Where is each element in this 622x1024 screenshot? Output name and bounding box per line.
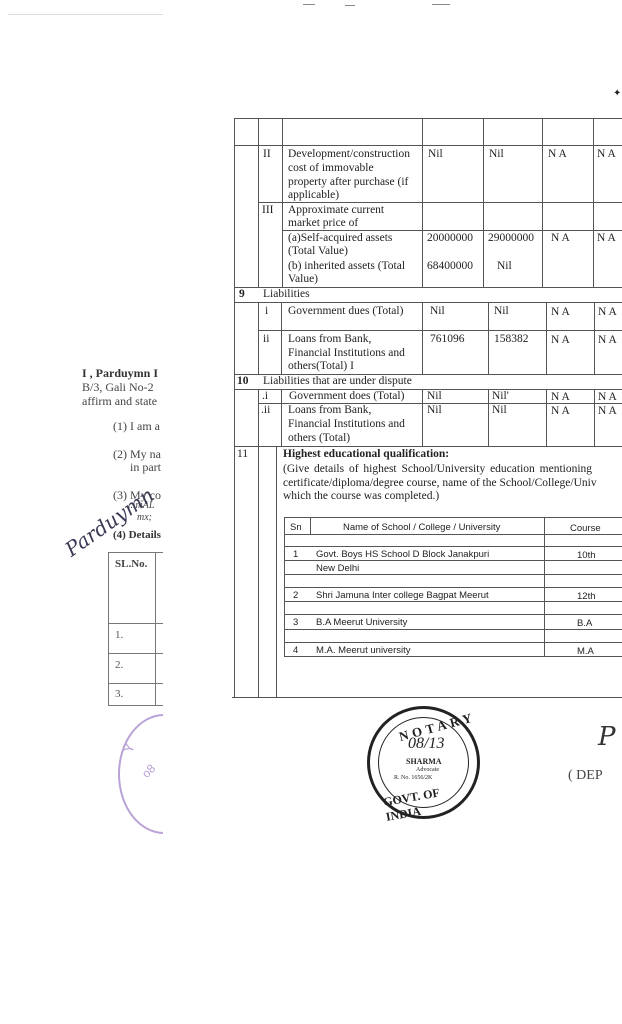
row-label: (b) inherited assets (Total [288,260,405,274]
stamp-role: Advocate [416,767,439,773]
notary-stamp: NOTARY 08/13 SHARMA Advocate R. No. 1656… [367,706,480,819]
deponent-label: ( DEP [568,768,603,784]
cell-value: 29000000 [488,232,534,246]
section-number: 11 [237,448,248,462]
cell-value: N A [551,232,570,246]
left-item-4: (4) Details [113,529,161,541]
scan-mark [345,5,355,6]
left-table-header: SL.No. [115,558,147,570]
cell-value: Nil [430,305,445,319]
intro-line-3: affirm and state [82,394,157,409]
cell-sn: 4 [293,644,298,658]
cell-value: Nil [489,148,504,162]
cell-value: Nil [492,404,507,418]
stamp-name: SHARMA [406,757,442,766]
row-sub-number: ii [263,333,269,347]
scan-mark [303,4,315,5]
cell-value: Nil [494,305,509,319]
cell-school: B.A Meerut University [316,616,407,630]
cell-sn: 2 [293,589,298,603]
section-number: 9 [239,288,245,302]
cell-value: 158382 [494,333,529,347]
cell-value: N A [551,334,570,348]
page-gap [163,0,235,1024]
deponent-signature-mark: P [598,722,616,752]
cell-value: N A [551,306,570,320]
section-title: Liabilities that are under dispute [263,375,412,389]
cell-value: N A [597,232,616,246]
cell-value: Nil [427,404,442,418]
instructions: (Give details of highest School/Universi… [283,463,592,477]
cell-course: 12th [577,590,596,604]
cell-value: Nil' [492,390,509,404]
instructions: which the course was completed.) [283,490,439,504]
section-title: Highest educational qualification: [283,448,449,462]
row-label: others (Total) [288,432,350,446]
scan-mark [432,4,450,5]
cell-school: M.A. Meerut university [316,644,411,658]
scan-line [8,14,163,15]
stamp-date: 08/13 [408,735,444,753]
left-table-row: 2. [109,653,169,679]
cell-value: N A [548,148,567,162]
cell-value: N A [598,391,617,405]
row-label: Financial Institutions and [288,418,405,432]
row-sub-number: i [265,305,268,319]
left-item-2-cont: in part [130,460,161,475]
cell-value: N A [598,306,617,320]
stamp-reg: R. No. 1656/2K [394,775,432,781]
row-label: (a)Self-acquired assets [288,232,392,246]
row-label: Development/construction [288,148,410,162]
left-table-row: 3. [109,683,169,705]
cell-sn: 3 [293,616,298,630]
row-label: Loans from Bank, [288,333,371,347]
row-sub-number: .i [262,390,268,404]
row-sub-number: .ii [261,404,270,418]
cell-value: N A [551,391,570,405]
scan-mark: ✦ [613,88,621,99]
section-title: Liabilities [263,288,310,302]
row-label: Approximate current [288,204,384,218]
header-name: Name of School / College / University [343,521,500,535]
row-label: market price of [288,217,358,231]
cell-value: 68400000 [427,260,473,274]
cell-value: N A [598,405,617,419]
header-sn: Sn [290,521,302,535]
cell-sn: 1 [293,548,298,562]
row-label: Government dues (Total) [288,305,403,319]
cell-value: 761096 [430,333,465,347]
row-label: others(Total) I [288,360,354,374]
row-label: Value) [288,273,318,287]
cell-course: M.A [577,645,594,659]
header-course: Course [570,522,601,536]
left-item-1: (1) I am a [113,419,160,434]
cell-school: Govt. Boys HS School D Block Janakpuri [316,548,489,562]
row-label: Financial Institutions and [288,347,405,361]
cell-value: Nil [428,148,443,162]
row-label: (Total Value) [288,245,348,259]
cell-value: N A [597,148,616,162]
cell-value: N A [598,334,617,348]
cell-value: 20000000 [427,232,473,246]
left-table-row: 1. [109,623,169,649]
cell-value: Nil [497,260,512,274]
intro-line-1: I , Parduymn I [82,366,158,381]
cell-school-cont: New Delhi [316,562,359,576]
row-sub-number: II [263,148,271,162]
row-label: property after purchase (if [288,176,408,190]
intro-line-2: B/3, Gali No-2 [82,380,154,395]
cell-course: B.A [577,617,592,631]
section-number: 10 [237,375,249,389]
cell-school: Shri Jamuna Inter college Bagpat Meerut [316,589,489,603]
instructions: certificate/diploma/degree course, name … [283,477,597,491]
row-label: Loans from Bank, [288,404,371,418]
row-label: cost of immovable [288,162,374,176]
row-label: Government does (Total) [289,390,404,404]
cell-course: 10th [577,549,596,563]
row-sub-number: III [262,204,274,218]
cell-value: N A [551,405,570,419]
cell-value: Nil [427,390,442,404]
left-table: SL.No. 1. 2. 3. [108,552,169,706]
row-label: applicable) [288,189,339,203]
